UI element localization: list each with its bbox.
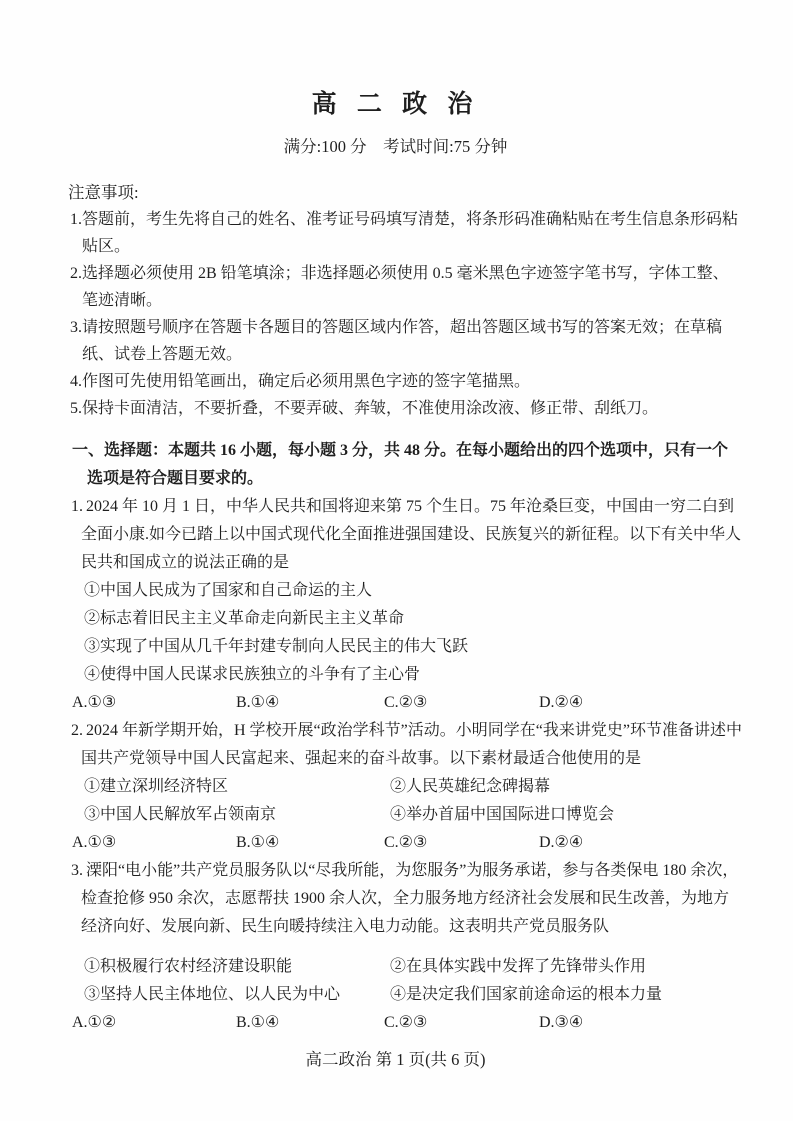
statement-2: ②在具体实践中发挥了先锋带头作用	[390, 953, 743, 981]
choice-a: A.①②	[72, 1009, 236, 1037]
page-title: 高 二 政 治	[48, 84, 743, 120]
notice-item: 4.作图可先使用铅笔画出，确定后必须用黑色字迹的签字笔描黑。	[48, 368, 743, 395]
exam-meta: 满分:100 分 考试时间:75 分钟	[48, 133, 743, 157]
notice-item: 1.答题前，考生先将自己的姓名、准考证号码填写清楚，将条形码准确粘贴在考生信息条…	[48, 206, 743, 260]
question-3: 3.溧阳“电小能”共产党员服务队以“尽我所能，为您服务”为服务承诺，参与各类保电…	[48, 857, 743, 1037]
statement-list: ①中国人民成为了国家和自己命运的主人 ②标志着旧民主主义革命走向新民主主义革命 …	[84, 577, 743, 689]
choice-d: D.③④	[539, 1009, 743, 1037]
choice-d: D.②④	[539, 829, 743, 857]
statement-3: ③实现了中国从几千年封建专制向人民民主的伟大飞跃	[84, 633, 743, 661]
choice-row: A.①③ B.①④ C.②③ D.②④	[72, 689, 743, 717]
choice-row: A.①③ B.①④ C.②③ D.②④	[72, 829, 743, 857]
question-number: 1.	[71, 498, 83, 515]
statement-list: ①积极履行农村经济建设职能 ②在具体实践中发挥了先锋带头作用 ③坚持人民主体地位…	[84, 953, 743, 1009]
statement-2: ②人民英雄纪念碑揭幕	[390, 773, 743, 801]
statement-1: ①积极履行农村经济建设职能	[84, 953, 390, 981]
notice-heading: 注意事项:	[48, 179, 743, 206]
choice-a: A.①③	[72, 689, 236, 717]
choice-c: C.②③	[384, 1009, 539, 1037]
statement-3: ③坚持人民主体地位、以人民为中心	[84, 981, 390, 1009]
statement-4: ④使得中国人民谋求民族独立的斗争有了主心骨	[84, 661, 743, 689]
notice-item: 2.选择题必须使用 2B 铅笔填涂；非选择题必须使用 0.5 毫米黑色字迹签字笔…	[48, 260, 743, 314]
question-number: 3.	[71, 862, 83, 879]
question-text: 溧阳“电小能”共产党员服务队以“尽我所能，为您服务”为服务承诺，参与各类保电 1…	[81, 862, 738, 935]
notice-item: 3.请按照题号顺序在答题卡各题目的答题区域内作答，超出答题区域书写的答案无效；在…	[48, 314, 743, 368]
question-text: 2024 年新学期开始，H 学校开展“政治学科节”活动。小明同学在“我来讲党史”…	[81, 722, 742, 767]
statement-2: ②标志着旧民主主义革命走向新民主主义革命	[84, 605, 743, 633]
statement-4: ④举办首届中国国际进口博览会	[390, 801, 743, 829]
section-heading: 一、选择题：本题共 16 小题，每小题 3 分，共 48 分。在每小题给出的四个…	[48, 437, 743, 493]
question-text: 2024 年 10 月 1 日，中华人民共和国将迎来第 75 个生日。75 年沧…	[81, 498, 741, 571]
question-stem: 3.溧阳“电小能”共产党员服务队以“尽我所能，为您服务”为服务承诺，参与各类保电…	[48, 857, 743, 941]
notice-section: 注意事项: 1.答题前，考生先将自己的姓名、准考证号码填写清楚，将条形码准确粘贴…	[48, 179, 743, 422]
choice-b: B.①④	[236, 1009, 384, 1037]
choice-row: A.①② B.①④ C.②③ D.③④	[72, 1009, 743, 1037]
choice-b: B.①④	[236, 829, 384, 857]
question-stem: 1.2024 年 10 月 1 日，中华人民共和国将迎来第 75 个生日。75 …	[48, 493, 743, 577]
exam-page: 高 二 政 治 满分:100 分 考试时间:75 分钟 注意事项: 1.答题前，…	[0, 0, 793, 1121]
choice-d: D.②④	[539, 689, 743, 717]
statement-1: ①建立深圳经济特区	[84, 773, 390, 801]
statement-3: ③中国人民解放军占领南京	[84, 801, 390, 829]
page-footer: 高二政治 第 1 页(共 6 页)	[48, 1046, 743, 1070]
question-2: 2.2024 年新学期开始，H 学校开展“政治学科节”活动。小明同学在“我来讲党…	[48, 717, 743, 857]
question-stem: 2.2024 年新学期开始，H 学校开展“政治学科节”活动。小明同学在“我来讲党…	[48, 717, 743, 773]
choice-c: C.②③	[384, 689, 539, 717]
statement-list: ①建立深圳经济特区 ②人民英雄纪念碑揭幕 ③中国人民解放军占领南京 ④举办首届中…	[84, 773, 743, 829]
statement-4: ④是决定我们国家前途命运的根本力量	[390, 981, 743, 1009]
choice-c: C.②③	[384, 829, 539, 857]
notice-item: 5.保持卡面清洁，不要折叠，不要弄破、奔皱，不准使用涂改液、修正带、刮纸刀。	[48, 395, 743, 422]
question-number: 2.	[71, 722, 83, 739]
statement-1: ①中国人民成为了国家和自己命运的主人	[84, 577, 743, 605]
question-1: 1.2024 年 10 月 1 日，中华人民共和国将迎来第 75 个生日。75 …	[48, 493, 743, 717]
choice-a: A.①③	[72, 829, 236, 857]
choice-b: B.①④	[236, 689, 384, 717]
